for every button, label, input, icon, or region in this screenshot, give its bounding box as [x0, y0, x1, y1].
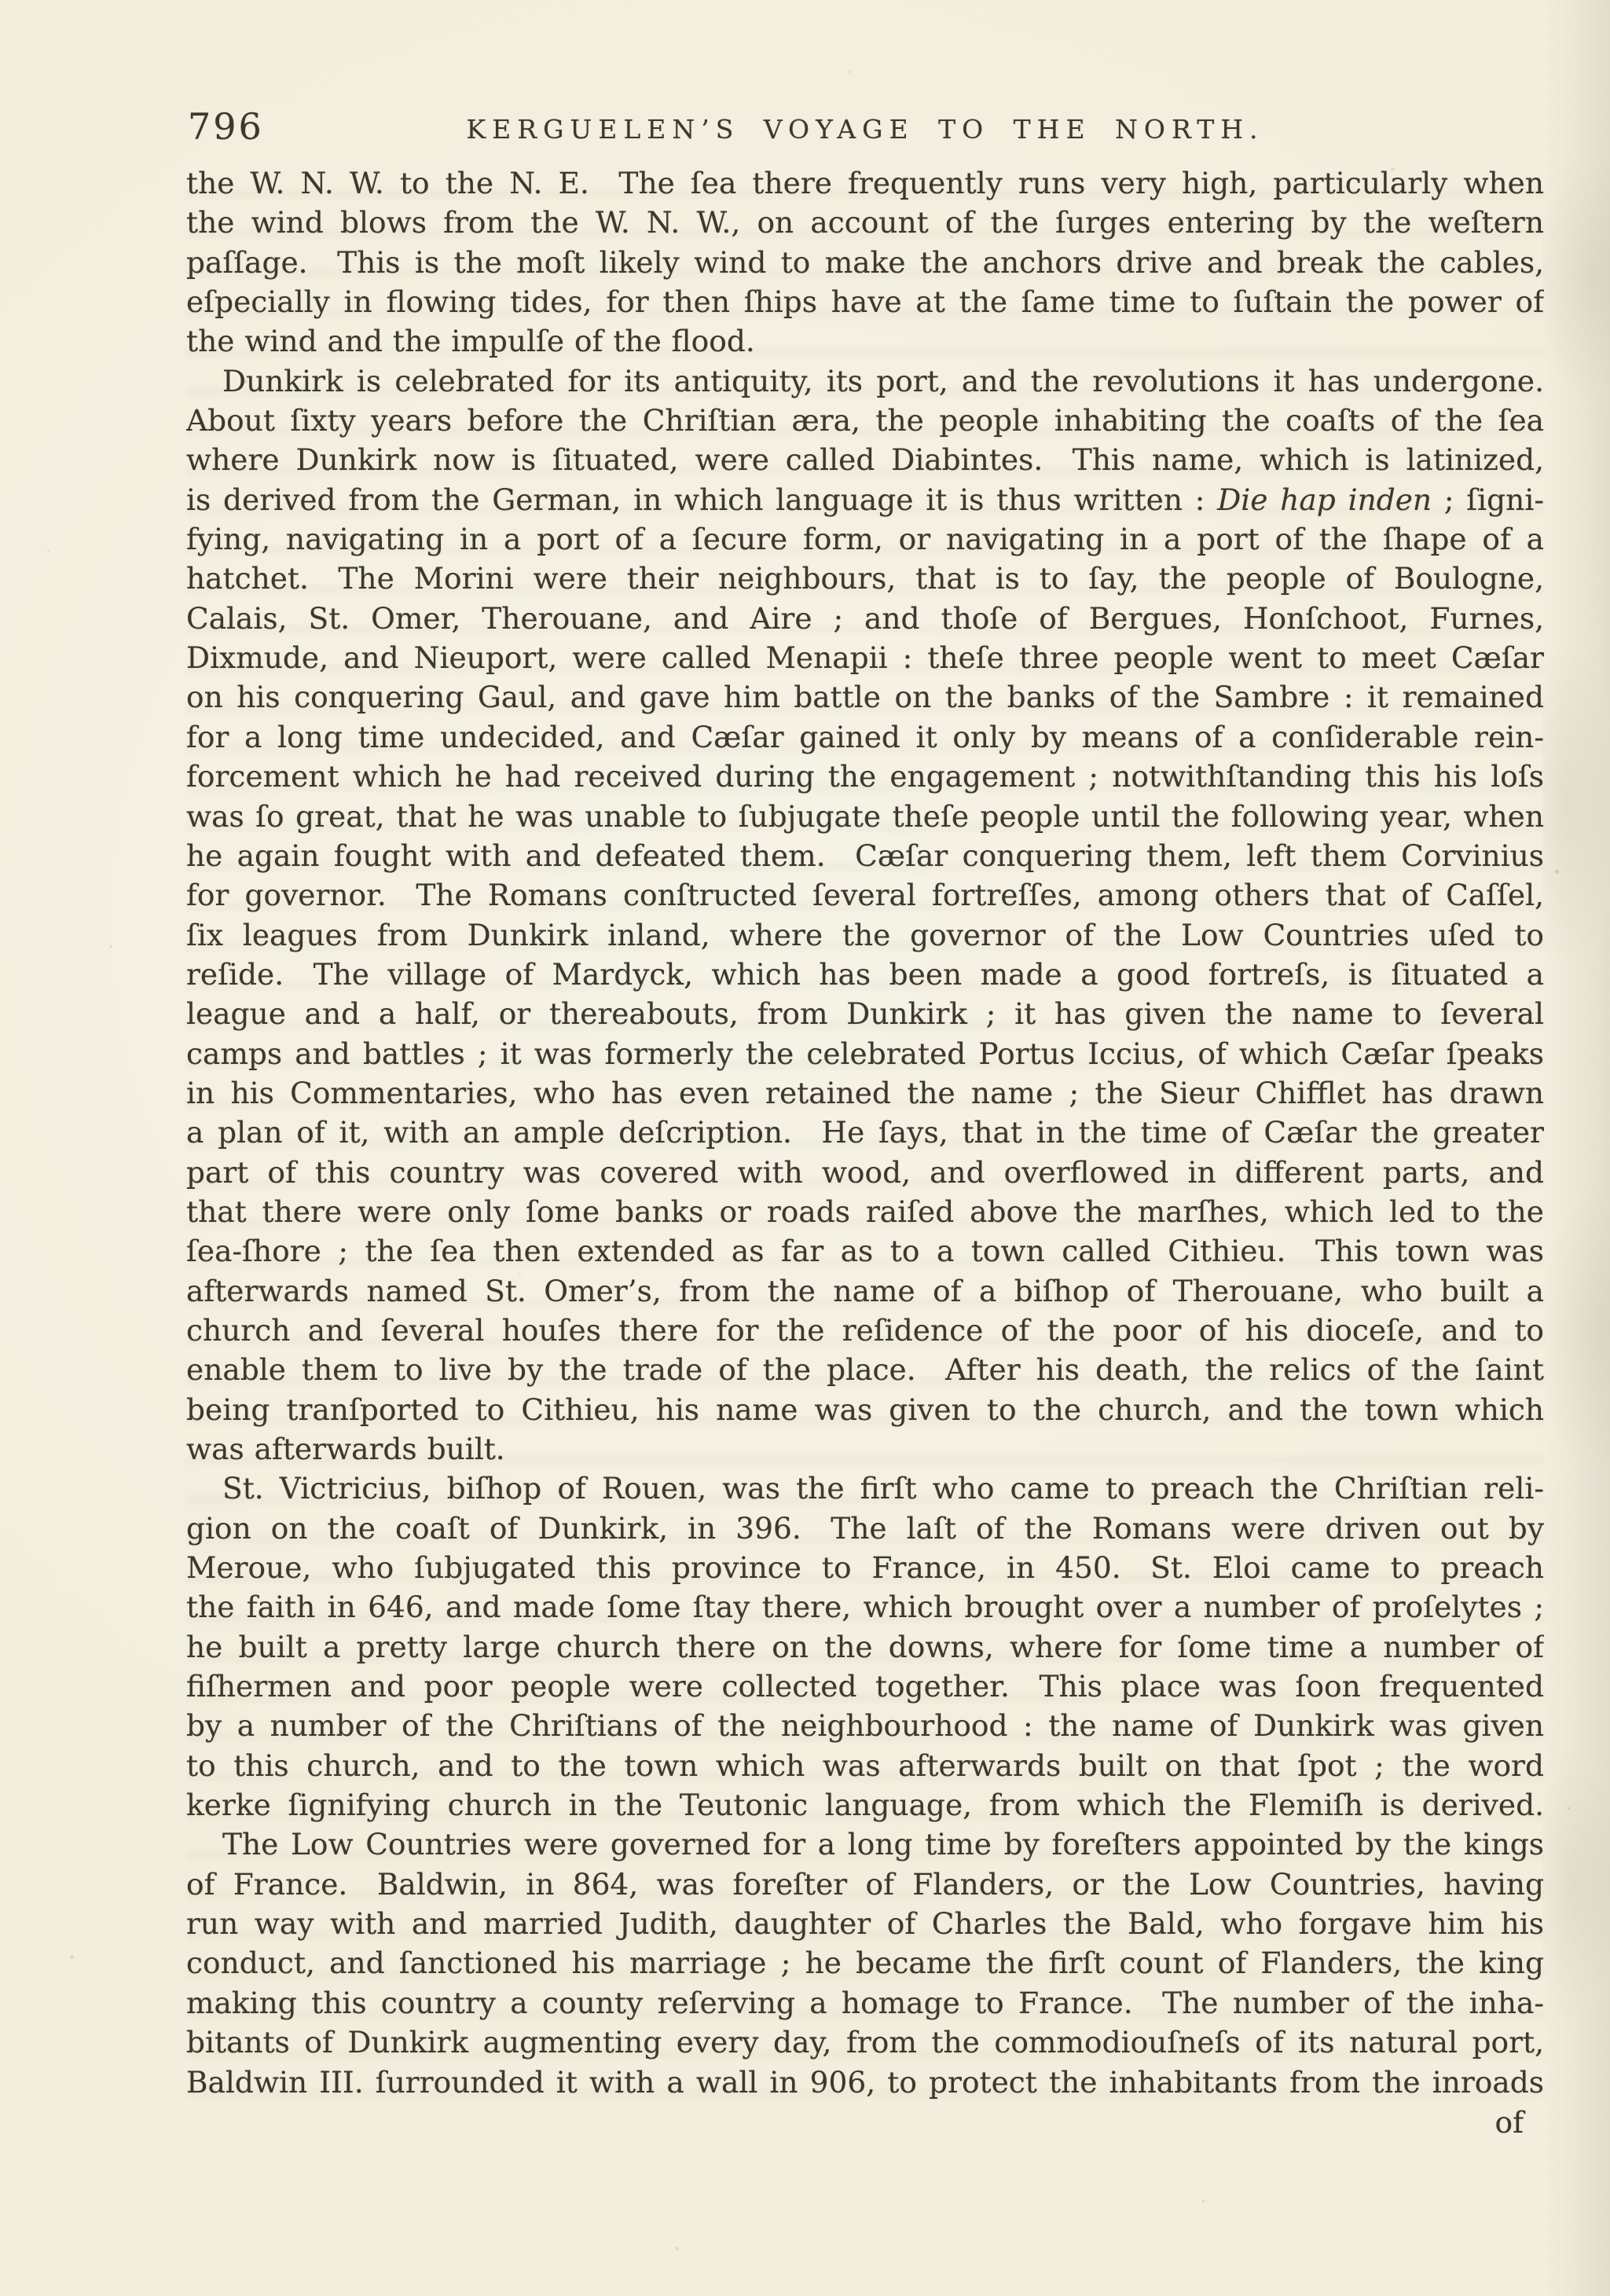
- text-line: eſpecially in flowing tides, for then ſh…: [186, 282, 1544, 321]
- text-block: the W. N. W. to the N. E. The ſea there …: [186, 163, 1544, 2102]
- text-line: a plan of it, with an ample deſcription.…: [186, 1113, 1544, 1152]
- text-line: camps and battles ; it was formerly the …: [186, 1034, 1544, 1073]
- text-line: for governor. The Romans conſtructed ſev…: [186, 875, 1544, 915]
- text-line: was afterwards built.: [186, 1429, 1544, 1469]
- text-line: bitants of Dunkirk augmenting every day,…: [186, 2023, 1544, 2062]
- text-line: making this country a county reſerving a…: [186, 1983, 1544, 2023]
- text-line: forcement which he had received during t…: [186, 757, 1544, 796]
- text-line: he built a pretty large church there on …: [186, 1627, 1544, 1667]
- text-line: on his conquering Gaul, and gave him bat…: [186, 677, 1544, 717]
- text-line: Dixmude, and Nieuport, were called Menap…: [186, 638, 1544, 677]
- text-line: for a long time undecided, and Cæſar gai…: [186, 717, 1544, 757]
- text-line: the W. N. W. to the N. E. The ſea there …: [186, 163, 1544, 203]
- text-line: Dunkirk is celebrated for its antiquity,…: [186, 361, 1544, 401]
- text-line: that there were only ſome banks or roads…: [186, 1192, 1544, 1231]
- paper-speckles: [0, 0, 2, 2]
- page-header: 796 KERGUELEN’S VOYAGE TO THE NORTH.: [186, 105, 1544, 163]
- text-line: The Low Countries were governed for a lo…: [186, 1825, 1544, 1864]
- text-line: gion on the coaſt of Dunkirk, in 396. Th…: [186, 1509, 1544, 1548]
- text-line: afterwards named St. Omer’s, from the na…: [186, 1271, 1544, 1311]
- text-line: reſide. The village of Mardyck, which ha…: [186, 955, 1544, 994]
- text-line: Calais, St. Omer, Therouane, and Aire ; …: [186, 599, 1544, 638]
- text-line: church and ſeveral houſes there for the …: [186, 1311, 1544, 1350]
- running-title: KERGUELEN’S VOYAGE TO THE NORTH.: [186, 114, 1544, 145]
- text-line: run way with and married Judith, daughte…: [186, 1904, 1544, 1943]
- text-line: to this church, and to the town which wa…: [186, 1746, 1544, 1785]
- text-line: kerke ſignifying church in the Teutonic …: [186, 1785, 1544, 1825]
- text-line: the wind blows from the W. N. W., on acc…: [186, 203, 1544, 242]
- text-line: ſix leagues from Dunkirk inland, where t…: [186, 915, 1544, 955]
- text-line: Baldwin III. ſurrounded it with a wall i…: [186, 2063, 1544, 2102]
- text-line: the faith in 646, and made ſome ſtay the…: [186, 1587, 1544, 1627]
- catchword-row: of: [186, 2103, 1544, 2142]
- text-line: fiſhermen and poor people were collected…: [186, 1667, 1544, 1706]
- text-line: is derived from the German, in which lan…: [186, 480, 1544, 519]
- book-page: 796 KERGUELEN’S VOYAGE TO THE NORTH. the…: [0, 0, 1610, 2296]
- text-line: paſſage. This is the moſt likely wind to…: [186, 243, 1544, 282]
- text-line: the wind and the impulſe of the flood.: [186, 321, 1544, 361]
- text-line: was ſo great, that he was unable to ſubj…: [186, 797, 1544, 836]
- text-line: St. Victricius, biſhop of Rouen, was the…: [186, 1469, 1544, 1508]
- text-line: part of this country was covered with wo…: [186, 1153, 1544, 1192]
- text-line: ſea-ſhore ; the ſea then extended as far…: [186, 1231, 1544, 1271]
- text-line: fying, navigating in a port of a ſecure …: [186, 519, 1544, 559]
- text-line: hatchet. The Morini were their neighbour…: [186, 559, 1544, 598]
- text-line: he again fought with and defeated them. …: [186, 836, 1544, 875]
- text-line: in his Commentaries, who has even retain…: [186, 1073, 1544, 1113]
- text-line: where Dunkirk now is ſituated, were call…: [186, 440, 1544, 479]
- text-line: About ſixty years before the Chriſtian æ…: [186, 401, 1544, 440]
- text-line: league and a half, or thereabouts, from …: [186, 994, 1544, 1033]
- text-line: by a number of the Chriſtians of the nei…: [186, 1706, 1544, 1745]
- catchword: of: [1495, 2105, 1544, 2140]
- text-line: being tranſported to Cithieu, his name w…: [186, 1390, 1544, 1429]
- text-line: conduct, and ſanctioned his marriage ; h…: [186, 1943, 1544, 1982]
- text-line: of France. Baldwin, in 864, was foreſter…: [186, 1865, 1544, 1904]
- scan-edge-shadow: [1542, 0, 1610, 2296]
- text-line: Meroue, who ſubjugated this province to …: [186, 1548, 1544, 1587]
- text-line: enable them to live by the trade of the …: [186, 1350, 1544, 1389]
